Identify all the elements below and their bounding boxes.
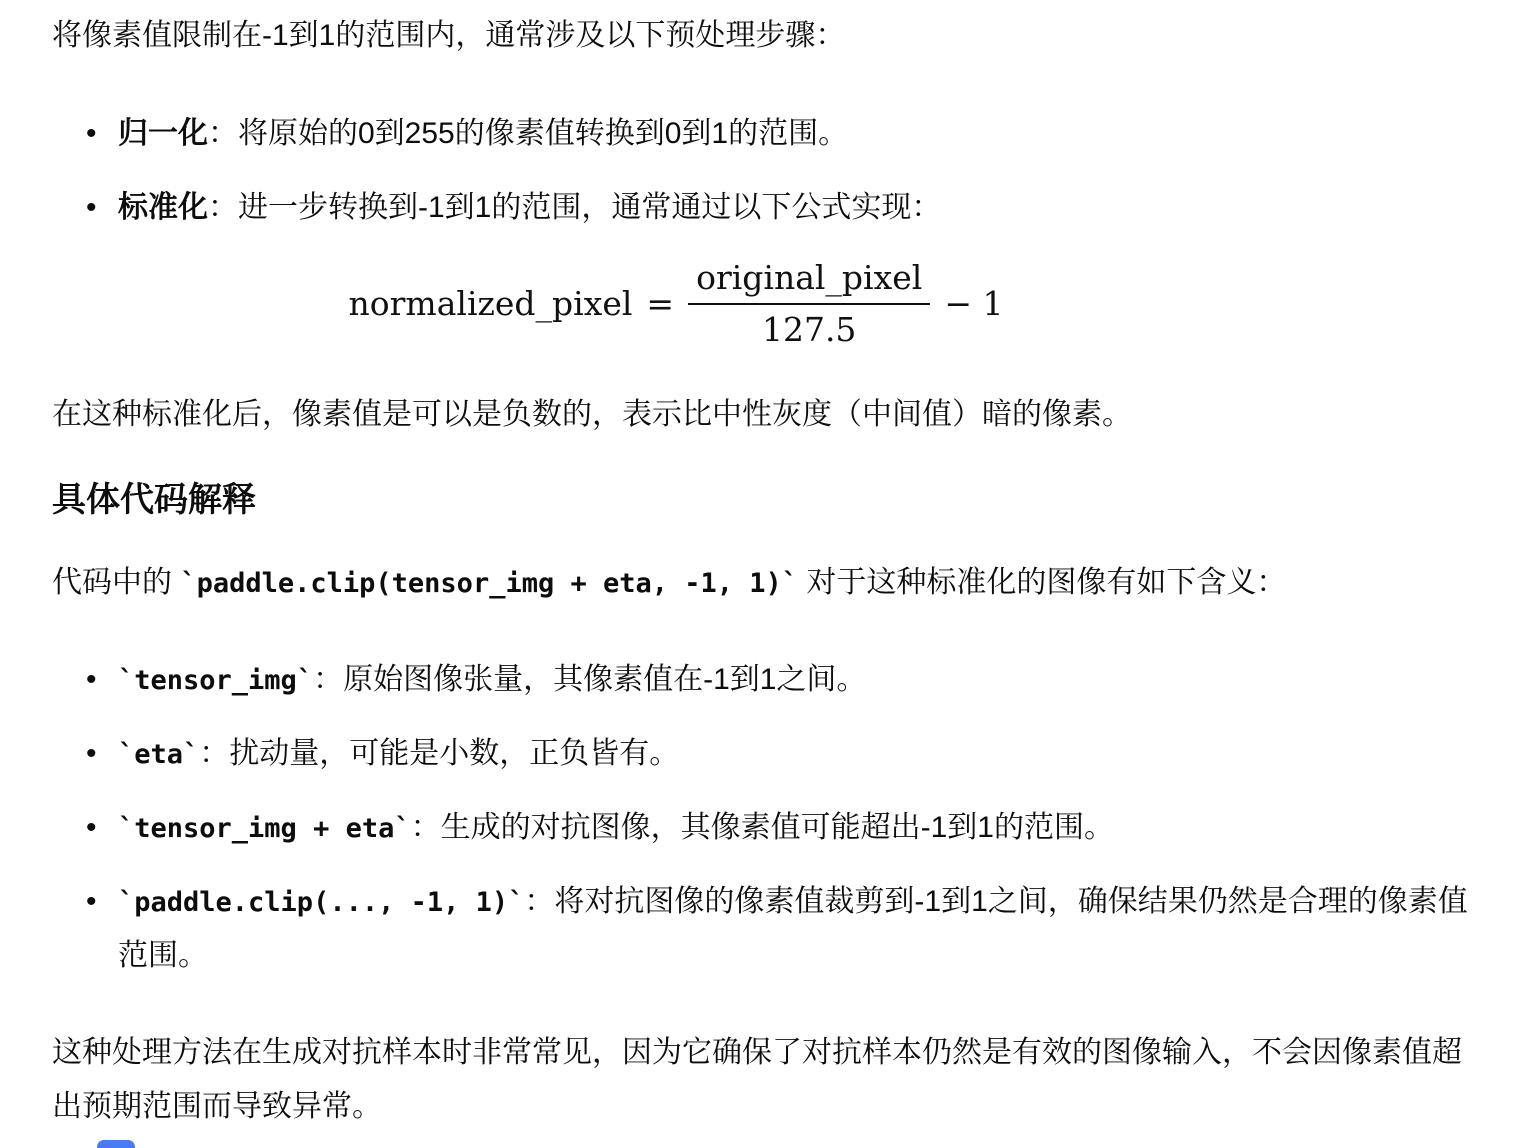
step-desc: ：进一步转换到-1到1的范围，通常通过以下公式实现： — [208, 191, 941, 224]
step-term: 归一化 — [118, 117, 208, 150]
code-meaning-list: `tensor_img`：原始图像张量，其像素值在-1到1之间。 `eta`：扰… — [52, 653, 1470, 983]
list-item-paddle-clip: `paddle.clip(..., -1, 1)`：将对抗图像的像素值裁剪到-1… — [86, 875, 1470, 983]
code-paragraph-prefix: 代码中的 — [52, 566, 180, 599]
inline-code-snippet: `paddle.clip(tensor_img + eta, -1, 1)` — [180, 568, 798, 599]
formula-equals: = — [646, 285, 674, 323]
code-item-desc: ：生成的对抗图像，其像素值可能超出-1到1的范围。 — [411, 811, 1114, 844]
math-formula: normalized_pixel = original_pixel 127.5 … — [0, 259, 1385, 349]
formula-denominator: 127.5 — [762, 305, 856, 349]
inline-code-snippet: `tensor_img + eta` — [118, 813, 411, 844]
code-item-desc: ：扰动量，可能是小数，正负皆有。 — [199, 737, 679, 770]
inline-code-snippet: `eta` — [118, 739, 199, 770]
intro-paragraph: 将像素值限制在-1到1的范围内，通常涉及以下预处理步骤： — [52, 9, 1470, 63]
list-item-tensor-img-plus-eta: `tensor_img + eta`：生成的对抗图像，其像素值可能超出-1到1的… — [86, 801, 1470, 855]
assistant-message: 将像素值限制在-1到1的范围内，通常涉及以下预处理步骤： 归一化：将原始的0到2… — [0, 0, 1526, 1134]
formula-numerator: original_pixel — [688, 259, 930, 305]
list-item-tensor-img: `tensor_img`：原始图像张量，其像素值在-1到1之间。 — [86, 653, 1470, 707]
code-item-desc: ：原始图像张量，其像素值在-1到1之间。 — [313, 663, 866, 696]
list-item-normalization: 归一化：将原始的0到255的像素值转换到0到1的范围。 — [86, 107, 1470, 161]
step-term: 标准化 — [118, 191, 208, 224]
after-formula-paragraph: 在这种标准化后，像素值是可以是负数的，表示比中性灰度（中间值）暗的像素。 — [52, 388, 1470, 442]
code-paragraph-suffix: 对于这种标准化的图像有如下含义： — [798, 566, 1286, 599]
list-item-standardization: 标准化：进一步转换到-1到1的范围，通常通过以下公式实现： — [86, 181, 1470, 235]
list-item-eta: `eta`：扰动量，可能是小数，正负皆有。 — [86, 727, 1470, 781]
code-intro-paragraph: 代码中的 `paddle.clip(tensor_img + eta, -1, … — [52, 556, 1470, 610]
closing-paragraph: 这种处理方法在生成对抗样本时非常常见，因为它确保了对抗样本仍然是有效的图像输入，… — [52, 1026, 1470, 1134]
preprocessing-steps-list: 归一化：将原始的0到255的像素值转换到0到1的范围。 标准化：进一步转换到-1… — [52, 107, 1470, 235]
step-desc: ：将原始的0到255的像素值转换到0到1的范围。 — [208, 117, 848, 150]
inline-code-snippet: `paddle.clip(..., -1, 1)` — [118, 887, 524, 918]
formula-fraction: original_pixel 127.5 — [688, 259, 930, 349]
partially-visible-button[interactable] — [97, 1140, 135, 1148]
section-heading: 具体代码解释 — [52, 478, 1470, 522]
inline-code-snippet: `tensor_img` — [118, 665, 313, 696]
formula-suffix: − 1 — [944, 285, 1003, 323]
formula-lhs: normalized_pixel — [349, 285, 633, 323]
